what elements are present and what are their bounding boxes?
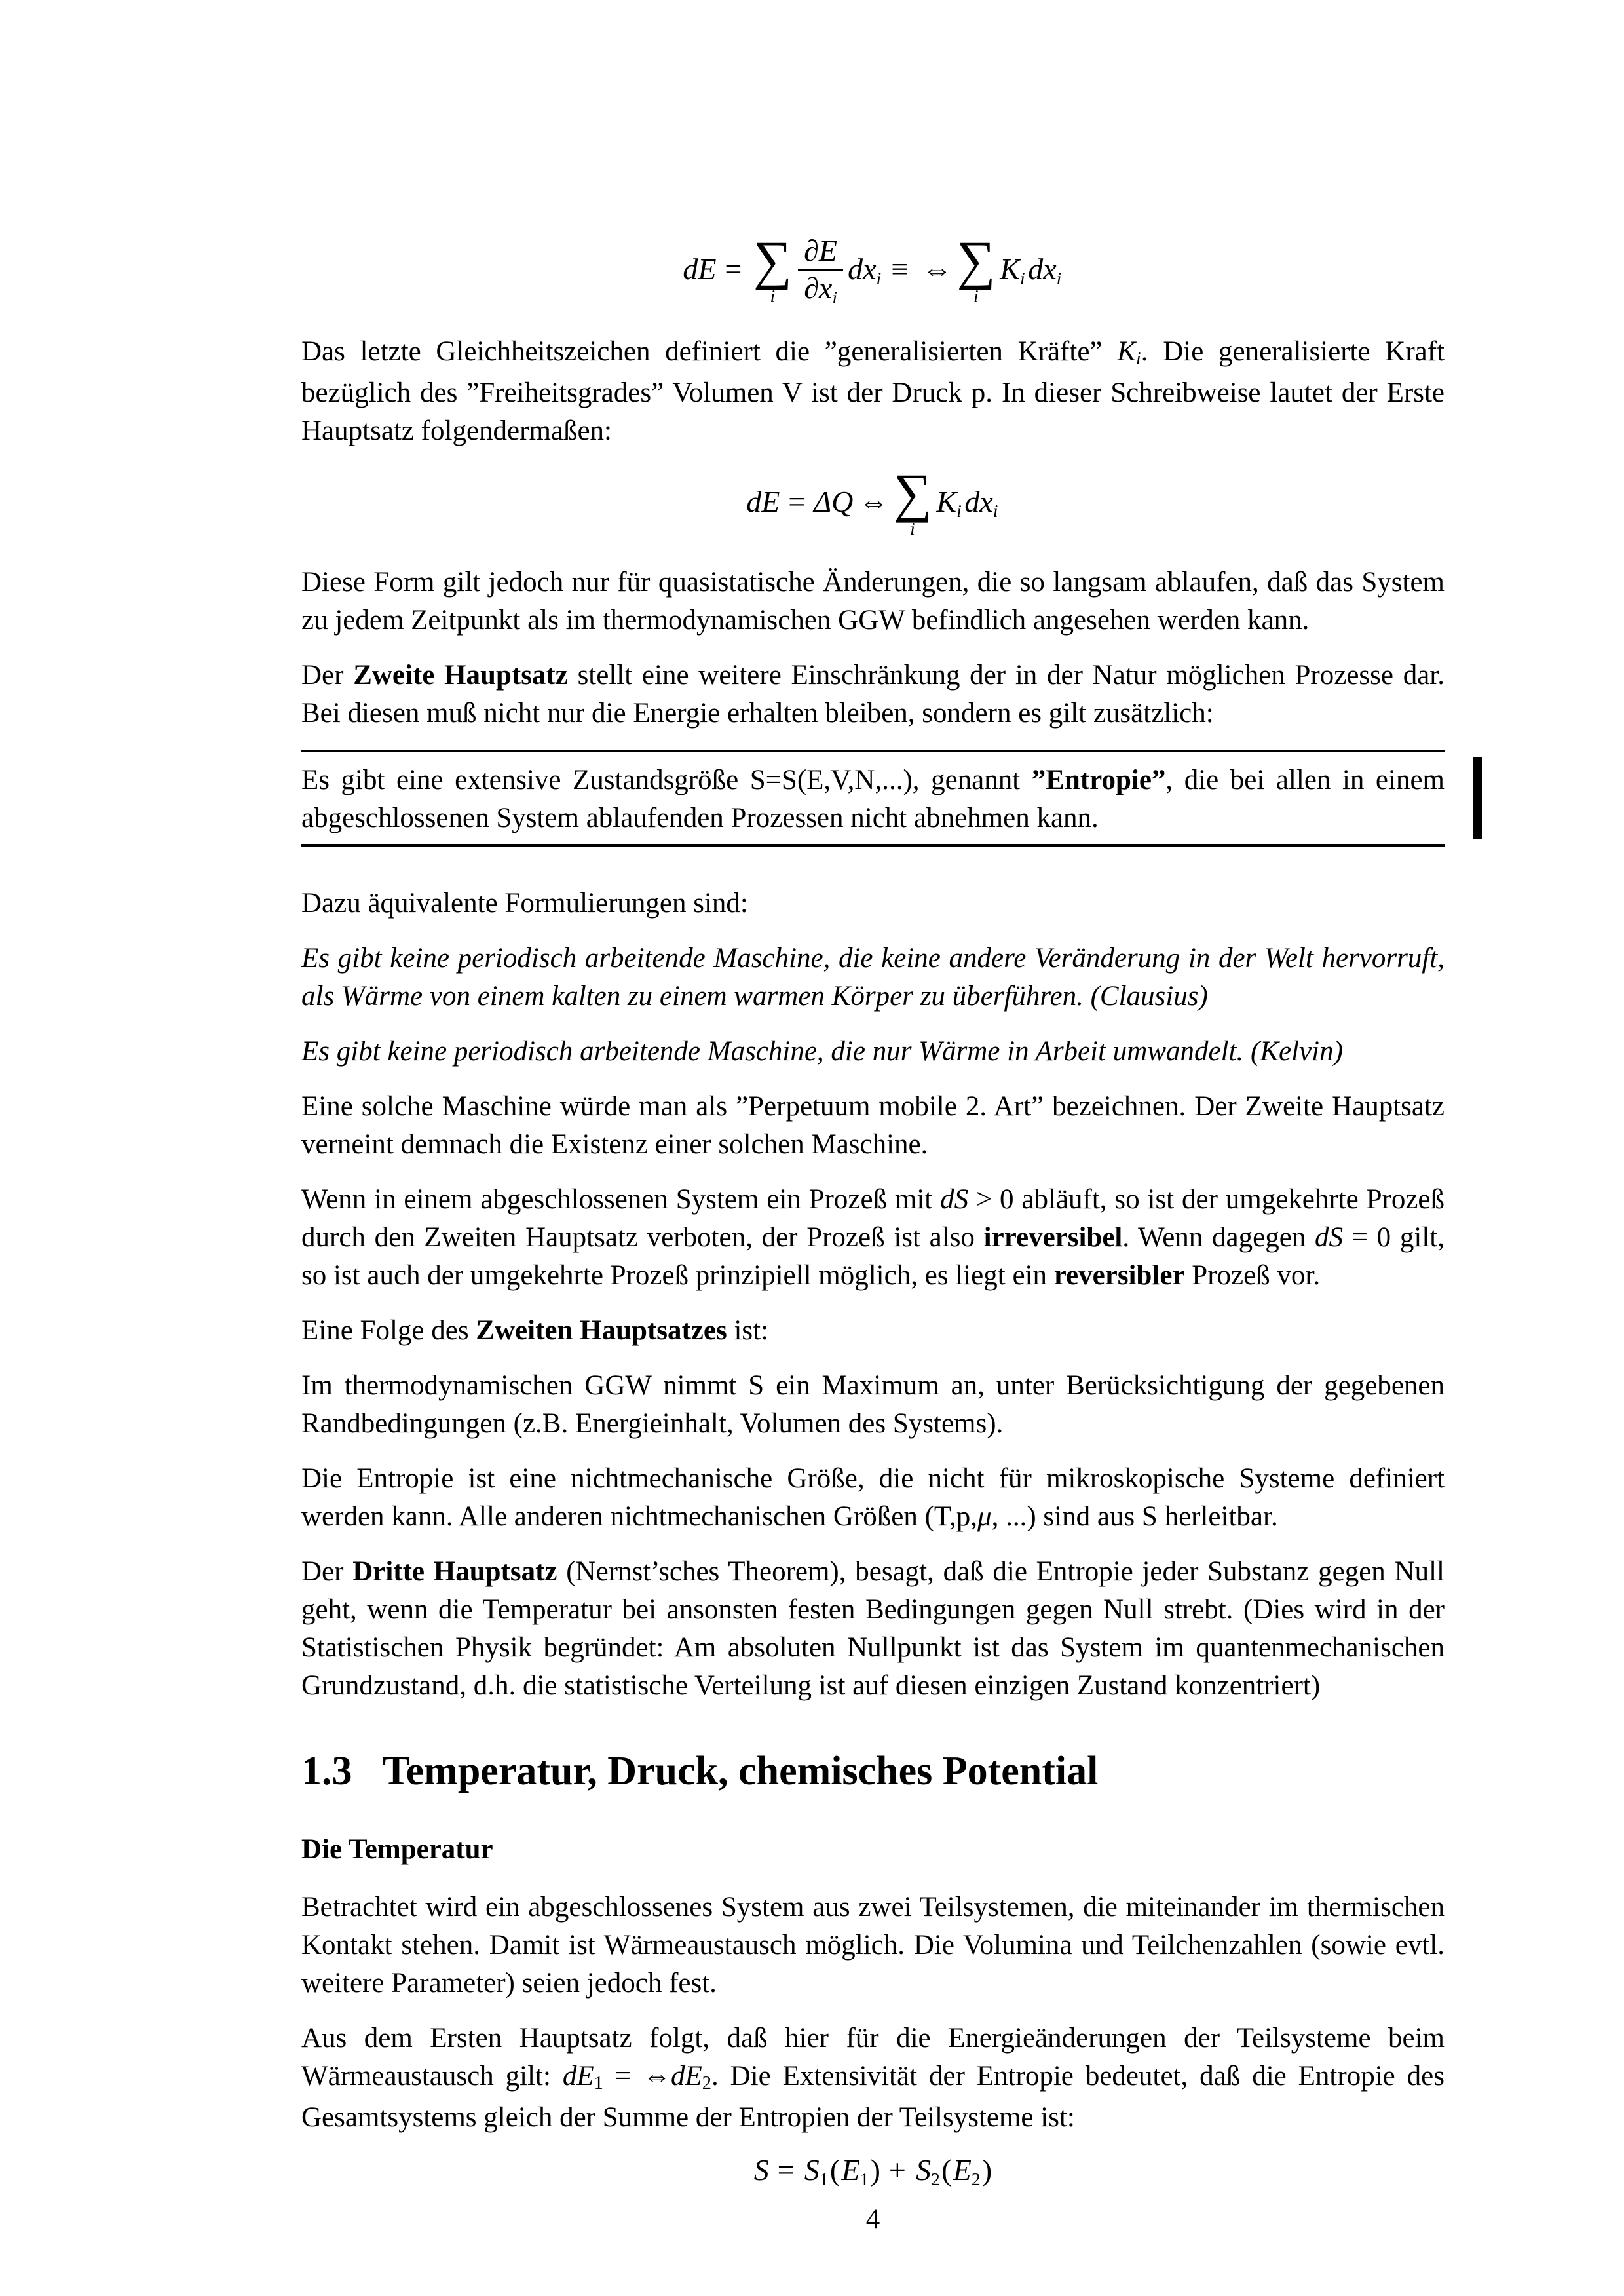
bold-run: Zweite Hauptsatz <box>353 660 568 691</box>
subsection-heading: Die Temperatur <box>301 1831 1445 1869</box>
italic-run: dS <box>940 1184 968 1215</box>
text-run: Eine Folge des <box>301 1315 476 1346</box>
term-base: K <box>936 486 956 519</box>
math-term: S1 <box>804 2154 829 2187</box>
math-operator: ≡ <box>891 253 908 286</box>
subscript-run: 2 <box>702 2073 711 2094</box>
math-term: E1 <box>841 2154 869 2187</box>
paragraph: Betrachtet wird ein abgeschlossenes Syst… <box>301 1888 1445 2002</box>
sigma-glyph: ∑ <box>753 235 792 286</box>
math-term: S2 <box>916 2154 940 2187</box>
statement-box: Es gibt eine extensive Zustandsgröße S=S… <box>301 750 1445 847</box>
bold-run: Dritte Hauptsatz <box>352 1556 557 1587</box>
term-subscript: i <box>993 502 998 520</box>
paragraph: Eine solche Maschine würde man als ”Perp… <box>301 1088 1445 1164</box>
term-subscript: 1 <box>820 2170 829 2189</box>
text-run: ist: <box>727 1315 768 1346</box>
term-subscript: 2 <box>972 2170 981 2189</box>
statement-text: Es gibt eine extensive Zustandsgröße S=S… <box>301 761 1445 837</box>
text-run: Es gibt keine periodisch arbeitende Masc… <box>301 943 1445 1012</box>
equation-row: dE=∑i∂E∂xidxi≡⇔∑iKidxi <box>683 233 1063 307</box>
bold-run: ”Entropie” <box>1032 765 1166 795</box>
paragraph: Eine Folge des Zweiten Hauptsatzes ist: <box>301 1312 1445 1350</box>
term-base: S <box>804 2154 820 2187</box>
math-text: dE <box>746 486 780 519</box>
text-run: Prozeß vor. <box>1185 1260 1321 1291</box>
paragraph: Das letzte Gleichheitszeichen definiert … <box>301 333 1445 450</box>
equation-first-law-heat: dE=ΔQ⇔∑iKidxi <box>301 467 1445 538</box>
term-base: S <box>916 2154 931 2187</box>
sigma-glyph: ∑ <box>893 467 932 519</box>
term-base: dx <box>964 486 992 519</box>
italic-run: μ <box>977 1501 992 1532</box>
paragraph: Aus dem Ersten Hauptsatz folgt, daß hier… <box>301 2019 1445 2137</box>
math-text: S <box>754 2154 769 2187</box>
text-run: Diese Form gilt jedoch nur für quasistat… <box>301 567 1445 636</box>
term-subscript: i <box>832 288 837 307</box>
math-term: E2 <box>953 2154 981 2187</box>
term-base: ∂x <box>804 272 832 305</box>
term-subscript: i <box>1020 269 1025 288</box>
subscript-run: i <box>1136 349 1141 369</box>
term-subscript: 1 <box>860 2170 869 2189</box>
math-operator: = <box>788 486 805 519</box>
numerator: ∂E <box>799 233 842 269</box>
term-base: dx <box>848 253 876 286</box>
paragraph: Diese Form gilt jedoch nur für quasistat… <box>301 564 1445 640</box>
sigma-glyph: ∑ <box>956 235 995 286</box>
term-subscript: i <box>877 269 882 288</box>
math-text: ) <box>871 2154 880 2187</box>
math-term: Ki <box>1000 253 1025 286</box>
math-text: ( <box>830 2154 840 2187</box>
paragraph: Es gibt keine periodisch arbeitende Masc… <box>301 1033 1445 1071</box>
text-run: Der <box>301 660 353 691</box>
page-number: 4 <box>301 2200 1445 2238</box>
paragraph: Dazu äquivalente Formulierungen sind: <box>301 885 1445 923</box>
text-run: Im thermodynamischen GGW nimmt S ein Max… <box>301 1370 1445 1439</box>
equation-row: dE=ΔQ⇔∑iKidxi <box>746 467 999 538</box>
italic-run: dE <box>671 2061 702 2092</box>
paragraph: Die Entropie ist eine nichtmechanische G… <box>301 1460 1445 1536</box>
math-term: dxi <box>1028 253 1061 286</box>
term-subscript: i <box>1057 269 1062 288</box>
margin-change-bar <box>1473 757 1482 839</box>
sum-index: i <box>910 520 915 538</box>
section-heading: 1.3Temperatur, Druck, chemisches Potenti… <box>301 1748 1445 1794</box>
math-term: Ki <box>936 486 961 519</box>
term-base: dx <box>1028 253 1056 286</box>
text-run: . Wenn dagegen <box>1122 1222 1315 1253</box>
equation-row: S=S1(E1)+S2(E2) <box>754 2154 992 2187</box>
math-operator: = <box>725 253 742 286</box>
math-operator: ⇔ <box>922 253 952 286</box>
text-run: = ⇔ <box>603 2061 671 2092</box>
text-run: Dazu äquivalente Formulierungen sind: <box>301 888 748 919</box>
text-run: Betrachtet wird ein abgeschlossenes Syst… <box>301 1892 1445 1999</box>
sum-symbol: ∑i <box>956 235 995 305</box>
equation-entropy-sum: S=S1(E1)+S2(E2) <box>301 2154 1445 2187</box>
term-base: E <box>953 2154 972 2187</box>
text-run: Eine solche Maschine würde man als ”Perp… <box>301 1091 1445 1160</box>
document-page: dE=∑i∂E∂xidxi≡⇔∑iKidxiDas letzte Gleichh… <box>0 0 1624 2296</box>
text-run: Es gibt keine periodisch arbeitende Masc… <box>301 1036 1343 1067</box>
sum-index: i <box>770 287 775 305</box>
subscript-run: 1 <box>594 2073 603 2094</box>
math-text: dE <box>683 253 716 286</box>
paragraph: Wenn in einem abgeschlossenen System ein… <box>301 1181 1445 1295</box>
math-operator: = <box>778 2154 795 2187</box>
bold-run: Zweiten Hauptsatzes <box>476 1315 727 1346</box>
math-text: ΔQ <box>814 486 853 519</box>
sum-symbol: ∑i <box>893 467 932 538</box>
text-run: Der <box>301 1556 352 1587</box>
equation-first-law-general: dE=∑i∂E∂xidxi≡⇔∑iKidxi <box>301 233 1445 307</box>
math-term: ∂xi <box>804 272 837 305</box>
document-body: dE=∑i∂E∂xidxi≡⇔∑iKidxiDas letzte Gleichh… <box>0 0 1624 2187</box>
text-run: , ...) sind aus S herleitbar. <box>992 1501 1278 1532</box>
denominator: ∂xi <box>798 269 843 306</box>
math-term: dxi <box>964 486 998 519</box>
sum-index: i <box>973 287 979 305</box>
text-run: Es gibt eine extensive Zustandsgröße S=S… <box>301 765 1032 795</box>
section-title: Temperatur, Druck, chemisches Potential <box>383 1749 1098 1793</box>
fraction: ∂E∂xi <box>798 233 843 307</box>
text-run: Wenn in einem abgeschlossenen System ein… <box>301 1184 940 1215</box>
bold-run: reversibler <box>1054 1260 1185 1291</box>
math-text: ) <box>982 2154 992 2187</box>
math-text: ∂E <box>804 235 837 268</box>
term-subscript: i <box>956 502 962 520</box>
math-operator: ⇔ <box>859 486 889 519</box>
math-term: dxi <box>848 253 881 286</box>
paragraph: Es gibt keine periodisch arbeitende Masc… <box>301 940 1445 1016</box>
paragraph: Der Dritte Hauptsatz (Nernst’sches Theor… <box>301 1553 1445 1705</box>
term-subscript: 2 <box>931 2170 940 2189</box>
italic-run: dE <box>563 2061 594 2092</box>
section-number: 1.3 <box>301 1749 352 1793</box>
math-text: ( <box>941 2154 951 2187</box>
italic-run: K <box>1117 336 1136 367</box>
sum-symbol: ∑i <box>753 235 792 305</box>
term-base: E <box>841 2154 859 2187</box>
bold-run: irreversibel <box>984 1222 1123 1253</box>
math-operator: + <box>889 2154 906 2187</box>
italic-run: dS <box>1315 1222 1343 1253</box>
paragraph: Im thermodynamischen GGW nimmt S ein Max… <box>301 1367 1445 1443</box>
term-base: K <box>1000 253 1020 286</box>
paragraph: Der Zweite Hauptsatz stellt eine weitere… <box>301 657 1445 733</box>
text-run: Das letzte Gleichheitszeichen definiert … <box>301 336 1117 367</box>
